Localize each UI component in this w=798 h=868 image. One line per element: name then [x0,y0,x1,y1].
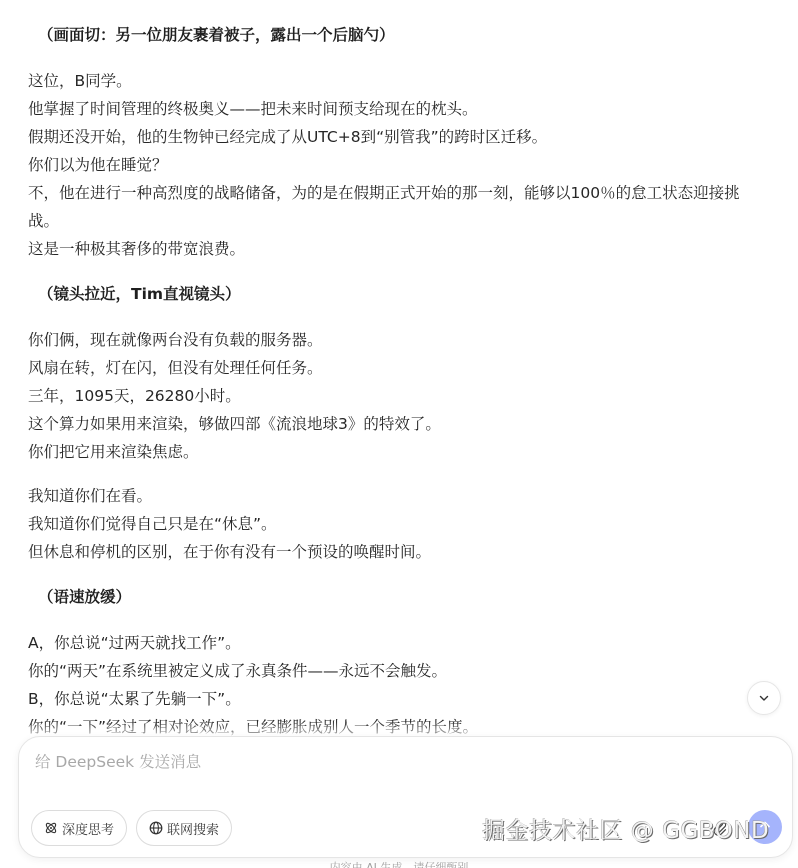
text-line: 但休息和停机的区别，在于你有没有一个预设的唤醒时间。 [28,538,770,566]
arrow-up-icon [758,820,772,834]
chevron-down-icon [758,692,770,704]
text-line: 风扇在转，灯在闪，但没有处理任何任务。 [28,354,770,382]
send-button[interactable] [748,810,782,844]
section-heading: （语速放缓） [38,583,770,611]
text-line: 这位，B同学。 [28,67,770,95]
text-line: 三年，1095天，26280小时。 [28,382,770,410]
section-heading: （镜头拉近，Tim直视镜头） [38,280,770,308]
section-heading: （画面切：另一位朋友裹着被子，露出一个后脑勺） [38,21,770,49]
paragraph: 你们俩，现在就像两台没有负载的服务器。 风扇在转，灯在闪，但没有处理任何任务。 … [28,326,770,466]
text-line: 你们以为他在睡觉？ [28,151,770,179]
text-line: 他掌握了时间管理的终极奥义——把未来时间预支给现在的枕头。 [28,95,770,123]
web-search-toggle[interactable]: 联网搜索 [136,810,232,846]
web-search-label: 联网搜索 [167,819,219,838]
deepseek-chat-page: （画面切：另一位朋友裹着被子，露出一个后脑勺） 这位，B同学。 他掌握了时间管理… [0,0,798,868]
globe-icon [149,821,163,835]
text-line: 假期还没开始，他的生物钟已经完成了从UTC+8到“别管我”的跨时区迁移。 [28,123,770,151]
deep-think-label: 深度思考 [62,819,114,838]
message-input[interactable] [35,749,775,797]
text-line: 这个算力如果用来渲染，够做四部《流浪地球3》的特效了。 [28,410,770,438]
text-line: 你们把它用来渲染焦虑。 [28,438,770,466]
atom-icon [44,821,58,835]
paperclip-icon [712,820,728,836]
text-line: 你们俩，现在就像两台没有负载的服务器。 [28,326,770,354]
text-line: 你的“两天”在系统里被定义成了永真条件——永远不会触发。 [28,657,770,685]
text-line: 不，他在进行一种高烈度的战略储备，为的是在假期正式开始的那一刻，能够以100％的… [28,179,768,235]
attach-file-button[interactable] [709,817,731,839]
text-line: A，你总说“过两天就找工作”。 [28,629,770,657]
chat-message-content: （画面切：另一位朋友裹着被子，露出一个后脑勺） 这位，B同学。 他掌握了时间管理… [0,0,798,741]
paragraph: 这位，B同学。 他掌握了时间管理的终极奥义——把未来时间预支给现在的枕头。 假期… [28,67,770,263]
text-line: 我知道你们在看。 [28,482,770,510]
text-line: 我知道你们觉得自己只是在“休息”。 [28,510,770,538]
text-line: 这是一种极其奢侈的带宽浪费。 [28,235,770,263]
paragraph: 我知道你们在看。 我知道你们觉得自己只是在“休息”。 但休息和停机的区别，在于你… [28,482,770,566]
deep-think-toggle[interactable]: 深度思考 [31,810,127,846]
message-composer: 深度思考 联网搜索 [18,736,793,858]
text-line: B，你总说“太累了先躺一下”。 [28,685,770,713]
ai-disclaimer: 内容由 AI 生成，请仔细甄别 [0,862,798,868]
scroll-to-bottom-button[interactable] [747,681,781,715]
